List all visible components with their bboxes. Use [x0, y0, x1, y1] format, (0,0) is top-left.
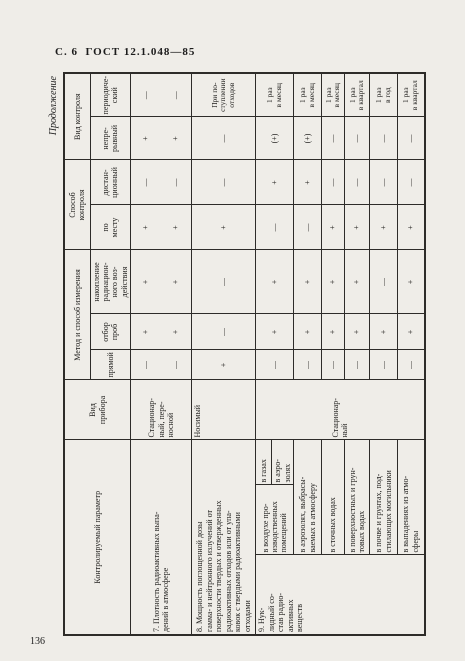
cell-r9-release-onsite: — [294, 205, 322, 250]
header-way-onsite: по месту [90, 205, 131, 250]
cell-r9-release-sampling: + [294, 314, 322, 350]
cell-r7b-onsite: + [161, 205, 192, 250]
cell-r9-wastewater-periodic: 1 раз в месяц [322, 73, 345, 117]
page-number: 136 [30, 636, 45, 647]
header-control-kind-group: Вид контроля [64, 73, 90, 160]
header-param: Контролируемый параметр [64, 440, 131, 635]
cell-r9-wastewater-remote: — [322, 160, 345, 205]
cell-r9-release-label: в аэрозолях, выбрасы- ваемых в атмосферу [294, 440, 322, 555]
cell-r9-wastewater-continuous: — [322, 117, 345, 160]
header-method-group: Метод и способ измерения [64, 250, 90, 380]
cell-r9-groundwater-continuous: — [345, 117, 370, 160]
cell-r9-fallout-periodic: 1 раз в квартал [398, 73, 425, 117]
cell-r9-wastewater-accumulation: + [322, 250, 345, 314]
cell-r8-device: Носимый [192, 380, 256, 440]
cell-r9-fallout-remote: — [398, 160, 425, 205]
cell-r9-fallout-continuous: — [398, 117, 425, 160]
cell-r9-soil-periodic: 1 раз в год [370, 73, 398, 117]
header-method-direct: прямой [90, 350, 131, 380]
header-kind-periodic: периодиче- ский [90, 73, 131, 117]
cell-r7a-continuous: + [131, 117, 161, 160]
cell-r8-continuous: — [192, 117, 256, 160]
cell-r7b-accumulation: + [161, 250, 192, 314]
cell-r9-soil-onsite: + [370, 205, 398, 250]
cell-r9-groundwater-label: в поверхностных и грун- товых водах [345, 440, 370, 555]
cell-r9-soil-accumulation: — [370, 250, 398, 314]
scanned-page: С. 6 ГОСТ 12.1.048—85 Продолжение Контро… [0, 0, 465, 661]
cell-r9-release-direct: — [294, 350, 322, 380]
cell-r8-onsite: + [192, 205, 256, 250]
cell-r9-air-onsite: — [256, 205, 294, 250]
cell-r7b-direct: — [161, 350, 192, 380]
control-methods-table: Контролируемый параметр Вид прибора Мето… [63, 72, 426, 636]
header-way-remote: дистан- ционный [90, 160, 131, 205]
document-header: С. 6 ГОСТ 12.1.048—85 [55, 46, 195, 58]
header-method-sampling: отбор проб [90, 314, 131, 350]
cell-r9-fallout-onsite: + [398, 205, 425, 250]
cell-r9-groundwater-accumulation: + [345, 250, 370, 314]
header-control-way-group: Способ контроля [64, 160, 90, 250]
cell-r9-groundwater-onsite: + [345, 205, 370, 250]
cell-r9-air-remote: + [256, 160, 294, 205]
cell-r9-groundwater-remote: — [345, 160, 370, 205]
cell-r7a-sampling: + [131, 314, 161, 350]
cell-r9-gases-label: в газах [256, 440, 272, 485]
header-device: Вид прибора [64, 380, 131, 440]
cell-r9-fallout-sampling: + [398, 314, 425, 350]
header-method-accumulation: накопление радиацион- ного воз- действия [90, 250, 131, 314]
cell-r7b-continuous: + [161, 117, 192, 160]
cell-r9-air-periodic: 1 раз в месяц [256, 73, 294, 117]
cell-r9-groundwater-direct: — [345, 350, 370, 380]
cell-r9-release-accumulation: + [294, 250, 322, 314]
cell-r8-sampling: — [192, 314, 256, 350]
landscape-content: Продолжение Контролируемый параметр Вид … [48, 66, 430, 644]
cell-r9-release-remote: + [294, 160, 322, 205]
cell-r9-air-continuous: (+) [256, 117, 294, 160]
cell-r8-direct: + [192, 350, 256, 380]
continuation-label: Продолжение [48, 66, 61, 644]
cell-r9-release-periodic: 1 раз в месяц [294, 73, 322, 117]
cell-r9-soil-direct: — [370, 350, 398, 380]
cell-r7b-remote: — [161, 160, 192, 205]
cell-r9-release-continuous: (+) [294, 117, 322, 160]
cell-r9-groundwater-sampling: + [345, 314, 370, 350]
cell-r7a-direct: — [131, 350, 161, 380]
cell-r9-fallout-label: в выпадениях из атмо- сферы [398, 440, 425, 555]
cell-r9-fallout-accumulation: + [398, 250, 425, 314]
cell-r7a-periodic: — [131, 73, 161, 117]
cell-r7b-sampling: + [161, 314, 192, 350]
cell-r7a-onsite: + [131, 205, 161, 250]
cell-r7b-periodic: — [161, 73, 192, 117]
cell-r7-device: Стационар- ный, пере- носной [131, 380, 192, 440]
cell-r9-groundwater-periodic: 1 раз в квартал [345, 73, 370, 117]
cell-r9-soil-continuous: — [370, 117, 398, 160]
cell-r9-wastewater-direct: — [322, 350, 345, 380]
cell-r9-wastewater-label: в сточных водах [322, 440, 345, 555]
cell-r9-group: 9. Нук- лидный со- став радио- активных … [256, 555, 425, 635]
cell-r8-param: 8. Мощность поглощенной дозы гамма- и не… [192, 440, 256, 635]
cell-r9-air-sampling: + [256, 314, 294, 350]
cell-r7a-accumulation: + [131, 250, 161, 314]
cell-r7a-remote: — [131, 160, 161, 205]
cell-r9-soil-label: в почве и грунтах, под- стилающих могиль… [370, 440, 398, 555]
cell-r9-soil-remote: — [370, 160, 398, 205]
cell-r9-fallout-direct: — [398, 350, 425, 380]
cell-r9-air-direct: — [256, 350, 294, 380]
cell-r9-air-accumulation: + [256, 250, 294, 314]
cell-r8-periodic: При по- ступлении отходов [192, 73, 256, 117]
cell-r7-param: 7. Плотность радиоактивных выпа- дений в… [131, 440, 192, 635]
cell-r8-remote: — [192, 160, 256, 205]
header-kind-continuous: непре- рывный [90, 117, 131, 160]
cell-r9-wastewater-sampling: + [322, 314, 345, 350]
cell-r9-wastewater-onsite: + [322, 205, 345, 250]
cell-r9-soil-sampling: + [370, 314, 398, 350]
cell-r9-air-label: в воздухе про- изводственных помещений [256, 485, 294, 555]
cell-r9-device: Стационар- ный [256, 380, 425, 440]
rotated-table-area: Продолжение Контролируемый параметр Вид … [48, 66, 430, 644]
cell-r8-accumulation: — [192, 250, 256, 314]
cell-r9-aerosol-label: в аэро- золях [272, 440, 294, 485]
